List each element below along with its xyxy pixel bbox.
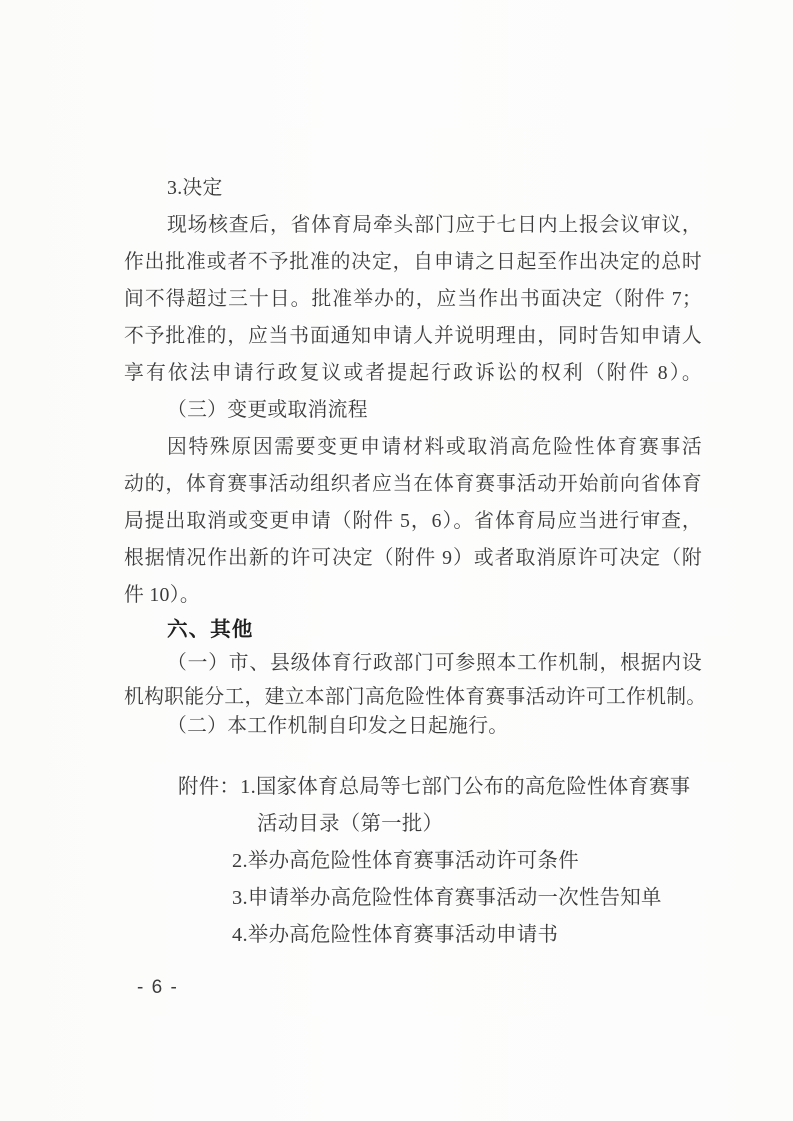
doc-line: 享有依法申请行政复议或者提起行政诉讼的权利（附件 8）。 — [124, 355, 702, 392]
scanned-document-page: 3.决定 现场核查后，省体育局牵头部门应于七日内上报会议审议， 作出批准或者不予… — [0, 0, 793, 1121]
doc-line: 作出批准或者不予批准的决定，自申请之日起至作出决定的总时 — [124, 244, 702, 281]
doc-line-attachment-1: 附件：1.国家体育总局等七部门公布的高危险性体育赛事 — [124, 769, 702, 806]
doc-line: 间不得超过三十日。批准举办的，应当作出书面决定（附件 7； — [124, 281, 702, 318]
doc-line: 现场核查后，省体育局牵头部门应于七日内上报会议审议， — [124, 207, 702, 244]
doc-line: 不予批准的，应当书面通知申请人并说明理由，同时告知申请人 — [124, 318, 702, 355]
doc-line-attachment-3: 3.申请举办高危险性体育赛事活动一次性告知单 — [124, 880, 702, 917]
doc-line: （二）本工作机制自印发之日起施行。 — [124, 708, 702, 745]
page-number: - 6 - — [137, 975, 178, 1001]
doc-line: 局提出取消或变更申请（附件 5，6）。省体育局应当进行审查， — [124, 503, 702, 540]
doc-line-attachment-2: 2.举办高危险性体育赛事活动许可条件 — [124, 843, 702, 880]
doc-line: 件 10）。 — [124, 577, 702, 614]
doc-line: 因特殊原因需要变更申请材料或取消高危险性体育赛事活 — [124, 429, 702, 466]
doc-line-attachment-4: 4.举办高危险性体育赛事活动申请书 — [124, 917, 702, 954]
doc-line: （一）市、县级体育行政部门可参照本工作机制，根据内设 — [124, 645, 702, 682]
doc-line-attachment-1-cont: 活动目录（第一批） — [124, 806, 702, 843]
doc-line: 根据情况作出新的许可决定（附件 9）或者取消原许可决定（附 — [124, 540, 702, 577]
doc-line-step-decision-heading: 3.决定 — [124, 170, 702, 207]
doc-line-subsection-heading: （三）变更或取消流程 — [124, 392, 702, 429]
doc-line: 动的，体育赛事活动组织者应当在体育赛事活动开始前向省体育 — [124, 466, 702, 503]
doc-line-section-heading-other: 六、其他 — [124, 611, 702, 648]
